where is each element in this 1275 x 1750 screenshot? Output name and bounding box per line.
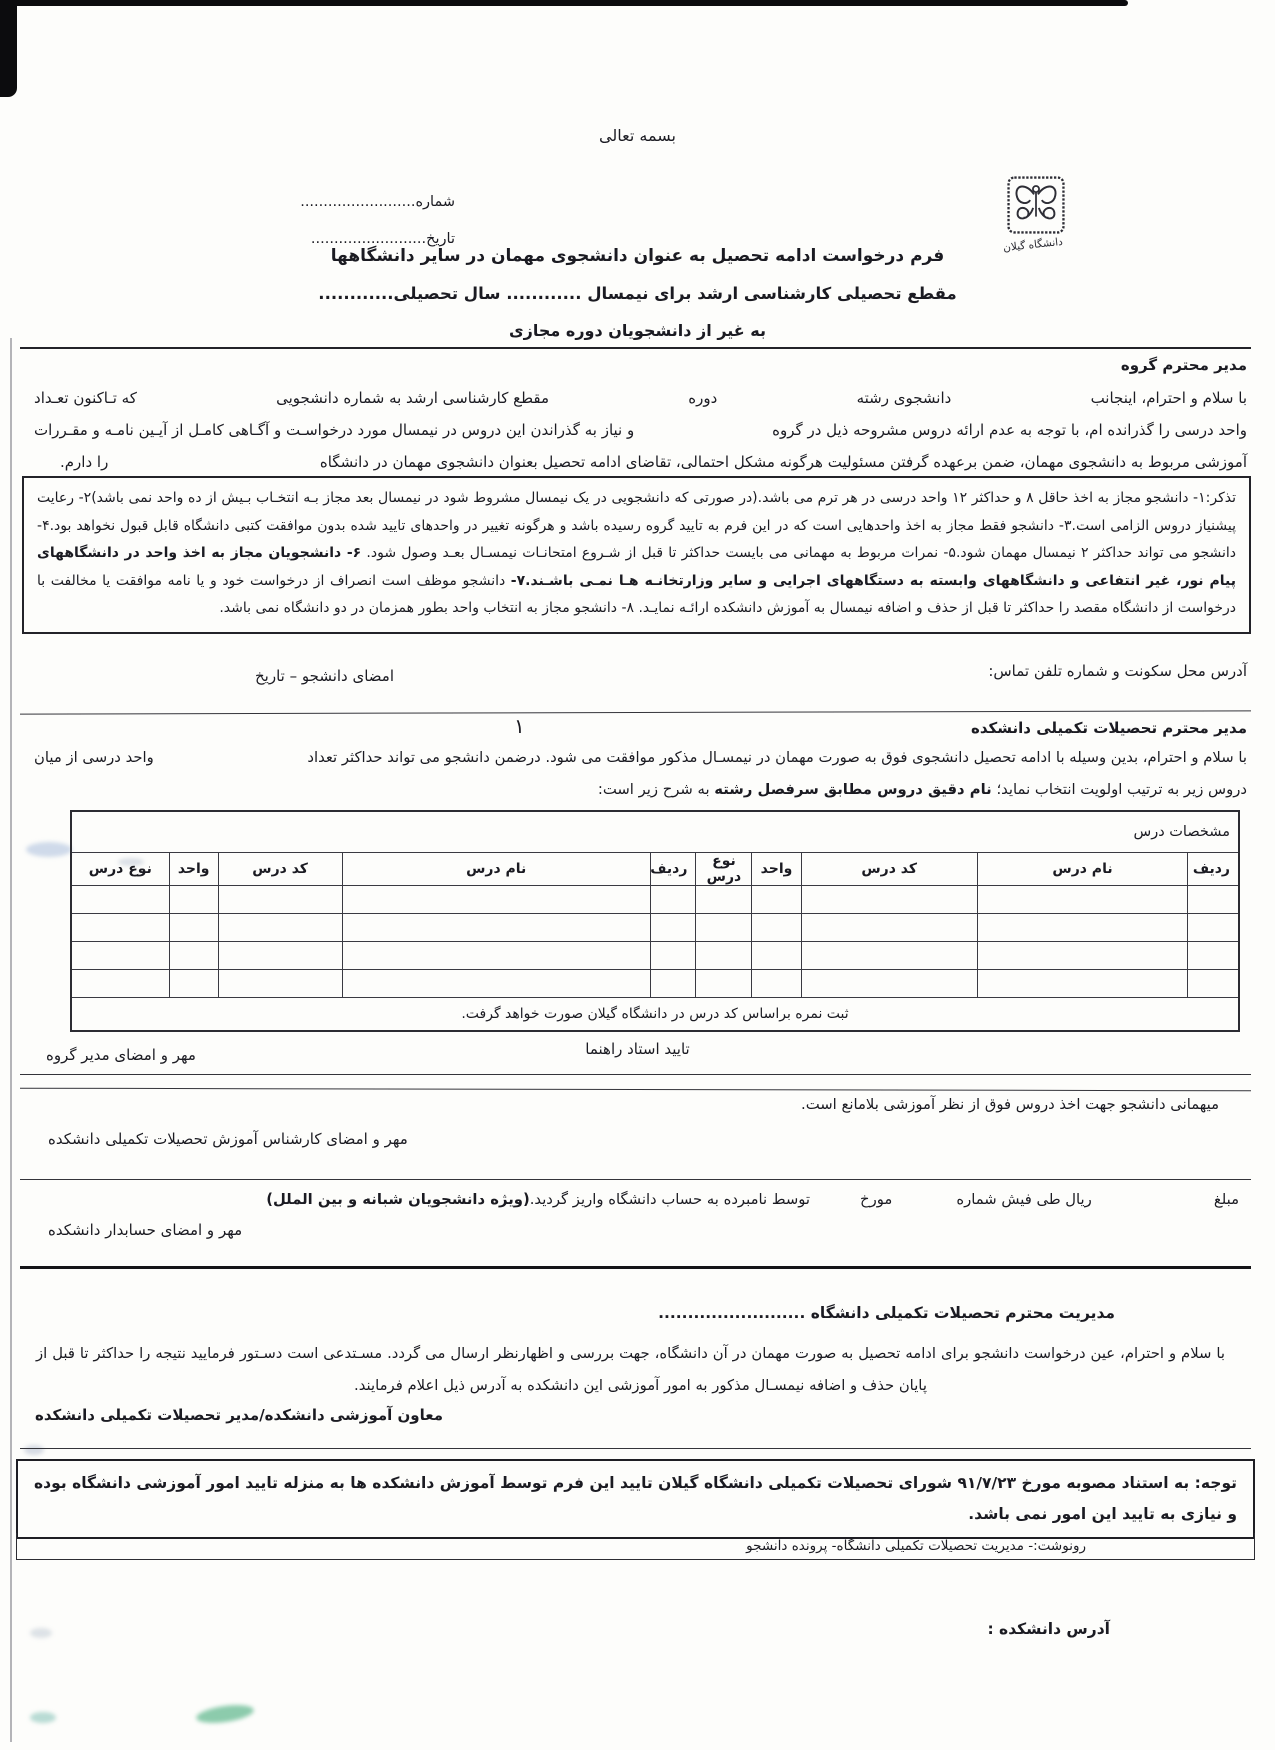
units-among-text: واحد درسی از میان [34, 749, 154, 766]
copy-note-strip: رونوشت:- مدیریت تحصیلات تکمیلی دانشگاه- … [16, 1533, 1255, 1560]
col-units: واحد [752, 853, 801, 886]
university-logo: دانشگاه گیلان [1001, 176, 1065, 251]
education-office-statement: میهمانی دانشجو جهت اخذ دروس فوق از نظر آ… [801, 1096, 1219, 1113]
form-title-line2: مقطع تحصیلی کارشناسی ارشد برای نیمسال ..… [0, 284, 1275, 303]
payment-line: مبلغ ریال طی فیش شماره مورخ توسط نامبرده… [34, 1191, 1239, 1208]
group-manager-heading: مدیر محترم گروه [1121, 356, 1247, 374]
divider [20, 1074, 1251, 1075]
col-units: واحد [169, 853, 218, 886]
handwritten-mark-1: ۱ [514, 714, 525, 738]
payment-date-label: مورخ [860, 1191, 892, 1208]
divider [20, 1088, 1251, 1092]
request-closing-text: را دارم. [60, 453, 108, 471]
greeting-text: با سلام و احترام، اینجانب [1091, 389, 1247, 407]
request-text: آموزشی مربوط به دانشجوی مهمان، ضمن برعهد… [320, 453, 1247, 471]
priority-text: دروس زیر به ترتیب اولویت انتخاب نماید؛ [992, 781, 1247, 798]
col-row-number: ردیف [650, 853, 696, 886]
scan-corner-artifact [0, 0, 17, 97]
vice-dean-signature-label: معاون آموزشی دانشکده/مدیر تحصیلات تکمیلی… [35, 1406, 443, 1424]
approval-date: ۹۱/۷/۲۳ [957, 1474, 1016, 1492]
course-table-wrap: مشخصات درس ردیف نام درس کد درس واحد نوع … [70, 810, 1240, 1032]
table-row [71, 914, 1239, 942]
col-course-type: نوع درس [696, 853, 752, 886]
table-merged-header-row: مشخصات درس [71, 811, 1239, 853]
group-manager-line1: با سلام و احترام، اینجانب دانشجوی رشته د… [34, 389, 1247, 407]
final-note-box: توجه: به استناد مصوبه مورخ ۹۱/۷/۲۳ شورای… [16, 1459, 1255, 1539]
student-signature-label: امضای دانشجو – تاریخ [255, 667, 394, 685]
group-manager-signature-label: مهر و امضای مدیر گروه [46, 1046, 196, 1064]
approval-text: با سلام و احترام، بدین وسیله با ادامه تح… [307, 749, 1247, 766]
divider [20, 1448, 1251, 1449]
course-table: مشخصات درس ردیف نام درس کد درس واحد نوع … [70, 810, 1240, 1032]
scan-green-mark [195, 1702, 255, 1726]
faculty-address-label: آدرس دانشکده : [987, 1620, 1110, 1638]
divider [20, 1179, 1251, 1180]
copy-note-text: رونوشت:- مدیریت تحصیلات تکمیلی دانشگاه- … [746, 1538, 1086, 1554]
col-course-name: نام درس [977, 853, 1187, 886]
scan-teal-mark [30, 1712, 56, 1723]
student-address-label: آدرس محل سکونت و شماره تلفن تماس: [988, 662, 1247, 680]
table-footer-row: ثبت نمره براساس کد درس در دانشگاه گیلان … [71, 998, 1239, 1032]
exact-names-bold-text: نام دقیق دروس مطابق سرفصل رشته [714, 781, 991, 798]
deposit-text: توسط نامبرده به حساب دانشگاه واریز گردید… [530, 1191, 810, 1208]
faculty-graduate-line1: با سلام و احترام، بدین وسیله با ادامه تح… [34, 749, 1247, 766]
group-manager-line2: واحد درسی را گذرانده ام، با توجه به عدم … [34, 421, 1247, 439]
field-label-program: دوره [688, 389, 717, 407]
form-title-line1: فرم درخواست ادامه تحصیل به عنوان دانشجوی… [0, 246, 1275, 266]
university-logo-icon [1007, 176, 1065, 234]
accountant-signature-label: مهر و امضای حسابدار دانشکده [48, 1221, 242, 1239]
table-row [71, 886, 1239, 914]
amount-label: مبلغ [1214, 1191, 1239, 1208]
scan-top-edge-artifact [0, 0, 1128, 6]
col-course-code: کد درس [801, 853, 977, 886]
passed-units-text: واحد درسی را گذرانده ام، با توجه به عدم … [772, 421, 1247, 439]
field-label-student-number: مقطع کارشناسی ارشد به شماره دانشجویی [276, 389, 549, 407]
field-label-major: دانشجوی رشته [857, 389, 952, 407]
table-row [71, 942, 1239, 970]
scanned-form-page: { "artifact_colors": { "ink": "#1b1b22",… [0, 0, 1275, 1750]
table-row [71, 970, 1239, 998]
scan-smudge [30, 1628, 52, 1638]
table-column-header-row: ردیف نام درس کد درس واحد نوع درس ردیف نا… [71, 853, 1239, 886]
rules-notice-box: تذکر:۱- دانشجو مجاز به اخذ حاقل ۸ و حداک… [22, 476, 1251, 634]
note-prefix: توجه: به استناد مصوبه مورخ [1016, 1474, 1237, 1492]
faculty-graduate-heading: مدیر محترم تحصیلات تکمیلی دانشکده [971, 719, 1247, 737]
university-graduate-body: با سلام و احترام، عین درخواست دانشجو برا… [36, 1338, 1245, 1402]
form-page: بسمه تعالی شماره........................… [0, 0, 1275, 1750]
col-course-name: نام درس [342, 853, 650, 886]
divider-thick [20, 1266, 1251, 1269]
need-courses-text: و نیاز به گذراندن این دروس در نیمسال مور… [34, 421, 634, 439]
grade-registration-note: ثبت نمره براساس کد درس در دانشگاه گیلان … [71, 998, 1239, 1032]
divider [20, 710, 1251, 714]
col-course-type: نوع درس [71, 853, 169, 886]
besmellah: بسمه تعالی [0, 126, 1275, 145]
form-title-line3: به غیر از دانشجویان دوره مجازی [0, 321, 1275, 340]
col-course-code: کد درس [218, 853, 342, 886]
divider [20, 347, 1251, 349]
form-number-field: شماره......................... [283, 184, 455, 221]
university-graduate-heading: مدیریت محترم تحصیلات تکمیلی دانشگاه ....… [658, 1304, 1115, 1322]
scan-smudge [24, 1445, 44, 1455]
group-manager-line3: آموزشی مربوط به دانشجوی مهمان، ضمن برعهد… [60, 453, 1247, 471]
education-expert-signature-label: مهر و امضای کارشناس آموزش تحصیلات تکمیلی… [48, 1130, 408, 1148]
faculty-graduate-line2: دروس زیر به ترتیب اولویت انتخاب نماید؛ ن… [598, 781, 1247, 798]
deposit-statement: توسط نامبرده به حساب دانشگاه واریز گردید… [266, 1191, 810, 1208]
col-row-number: ردیف [1188, 853, 1239, 886]
as-follows-text: به شرح زیر است: [598, 781, 714, 798]
night-international-bold-text: (ویژه دانشجویان شبانه و بین الملل) [266, 1191, 530, 1208]
scan-smudge [26, 842, 72, 857]
field-label-units-count: که تـاکنون تعـداد [34, 389, 137, 407]
course-specs-header: مشخصات درس [71, 811, 1239, 853]
receipt-number-label: ریال طی فیش شماره [956, 1191, 1092, 1208]
